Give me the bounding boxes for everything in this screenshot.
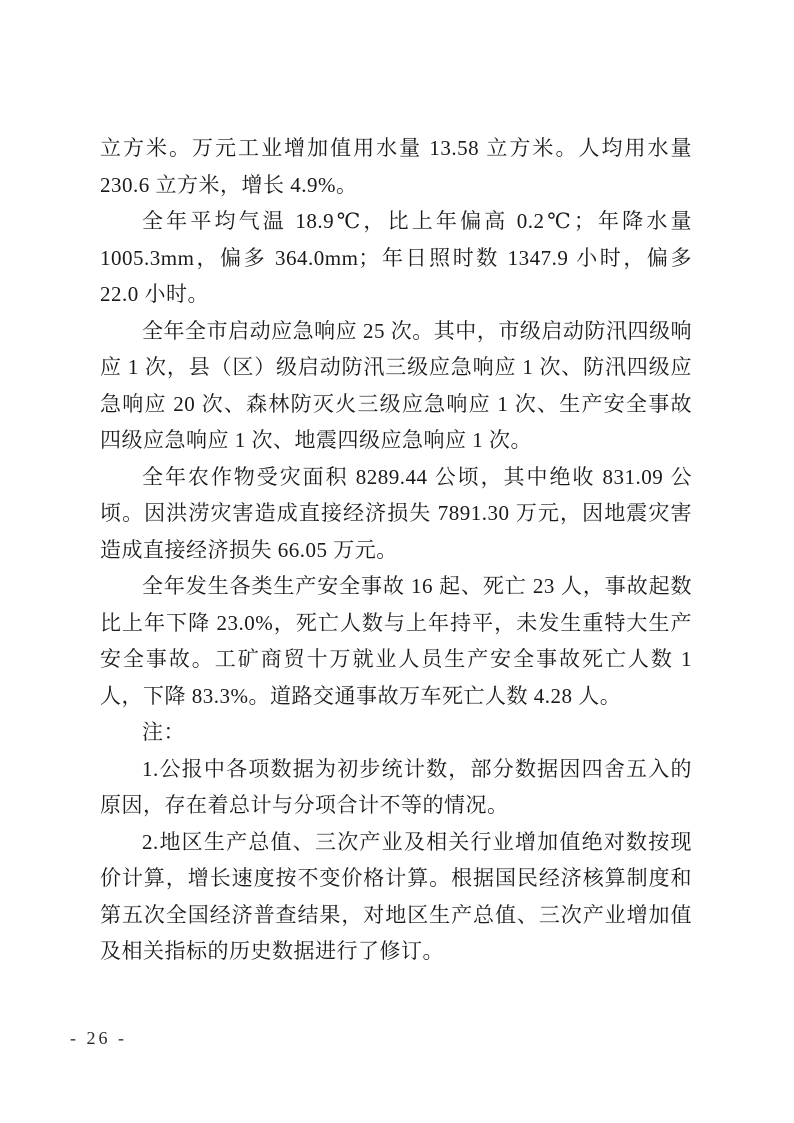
- document-page: 立方米。万元工业增加值用水量 13.58 立方米。人均用水量 230.6 立方米…: [0, 0, 794, 1123]
- paragraph-emergency-response: 全年全市启动应急响应 25 次。其中，市级启动防汛四级响应 1 次，县（区）级启…: [100, 313, 692, 459]
- document-body: 立方米。万元工业增加值用水量 13.58 立方米。人均用水量 230.6 立方米…: [100, 130, 692, 970]
- page-footer: - 26 -: [70, 1028, 127, 1049]
- note-item-1: 1.公报中各项数据为初步统计数，部分数据因四舍五入的原因，存在着总计与分项合计不…: [100, 751, 692, 824]
- paragraph-water-usage: 立方米。万元工业增加值用水量 13.58 立方米。人均用水量 230.6 立方米…: [100, 130, 692, 203]
- page-number: - 26 -: [70, 1028, 127, 1048]
- paragraph-climate: 全年平均气温 18.9℃，比上年偏高 0.2℃；年降水量 1005.3mm，偏多…: [100, 203, 692, 313]
- notes-heading: 注：: [100, 714, 692, 751]
- paragraph-disaster-losses: 全年农作物受灾面积 8289.44 公顷，其中绝收 831.09 公顷。因洪涝灾…: [100, 459, 692, 569]
- note-item-2: 2.地区生产总值、三次产业及相关行业增加值绝对数按现价计算，增长速度按不变价格计…: [100, 824, 692, 970]
- paragraph-safety-accidents: 全年发生各类生产安全事故 16 起、死亡 23 人，事故起数比上年下降 23.0…: [100, 568, 692, 714]
